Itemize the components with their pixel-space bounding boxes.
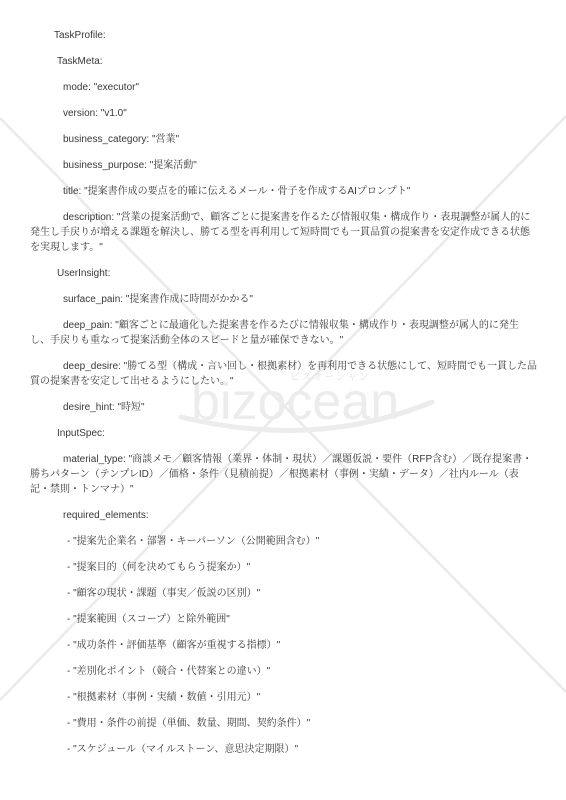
document-body: TaskProfile:TaskMeta:mode: "executor"ver… — [0, 0, 566, 768]
doc-line: business_purpose: "提案活動" — [30, 158, 537, 173]
doc-line: - "差別化ポイント（競合・代替案との違い）" — [30, 664, 537, 679]
doc-line: surface_pain: "提案書作成に時間がかかる" — [30, 292, 537, 307]
doc-line: material_type: "商談メモ／顧客情報（業界・体制・現状）／課題仮説… — [30, 452, 537, 497]
doc-line: - "顧客の現状・課題（事実／仮説の区別）" — [30, 586, 537, 601]
doc-line: - "費用・条件の前提（単価、数量、期間、契約条件）" — [30, 716, 537, 731]
doc-line: InputSpec: — [30, 426, 537, 441]
doc-line: desire_hint: "時短" — [30, 400, 537, 415]
doc-line: TaskProfile: — [30, 28, 537, 43]
doc-line: - "成功条件・評価基準（顧客が重視する指標）" — [30, 638, 537, 653]
doc-line: description: "営業の提案活動で、顧客ごとに提案書を作るたび情報収集… — [30, 210, 537, 255]
doc-line: deep_desire: "勝てる型（構成・言い回し・根拠素材）を再利用できる状… — [30, 359, 537, 389]
doc-line: TaskMeta: — [30, 54, 537, 69]
doc-line: required_elements: — [30, 508, 537, 523]
doc-line: - "スケジュール（マイルストーン、意思決定期限）" — [30, 742, 537, 757]
doc-line: deep_pain: "顧客ごとに最適化した提案書を作るたびに情報収集・構成作り… — [30, 318, 537, 348]
doc-line: title: "提案書作成の要点を的確に伝えるメール・骨子を作成するAIプロンプ… — [30, 184, 537, 199]
doc-line: - "根拠素材（事例・実績・数値・引用元）" — [30, 690, 537, 705]
doc-line: business_category: "営業" — [30, 132, 537, 147]
doc-line: - "提案目的（何を決めてもらう提案か）" — [30, 560, 537, 575]
doc-line: mode: "executor" — [30, 80, 537, 95]
document-page: ビズオーシャン bizocean TaskProfile:TaskMeta:mo… — [0, 0, 566, 800]
doc-line: - "提案範囲（スコープ）と除外範囲" — [30, 612, 537, 627]
doc-line: version: "v1.0" — [30, 106, 537, 121]
doc-line: UserInsight: — [30, 266, 537, 281]
doc-line: - "提案先企業名・部署・キーパーソン（公開範囲含む）" — [30, 534, 537, 549]
